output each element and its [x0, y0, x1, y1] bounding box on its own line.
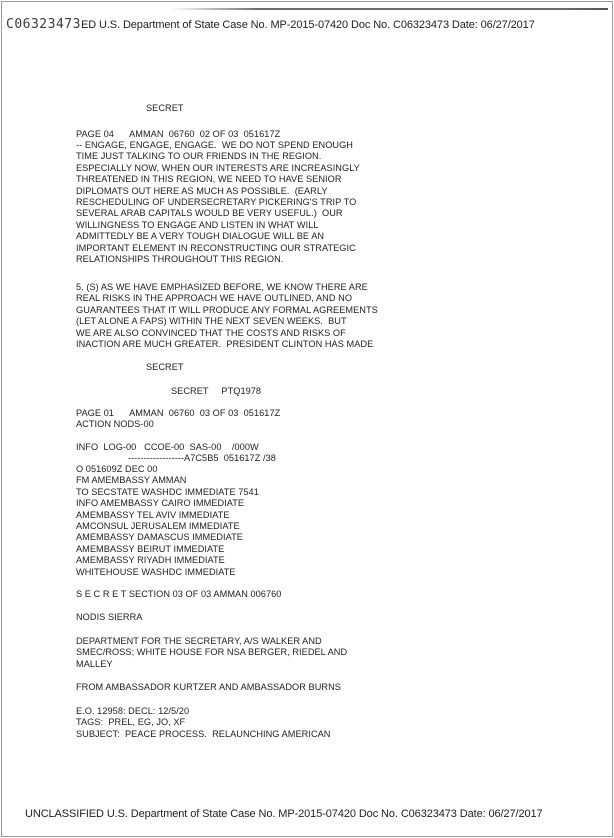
text-line: RESCHEDULING OF UNDERSECRETARY PICKERING… [76, 197, 360, 208]
info-line: INFO LOG-00 CCOE-00 SAS-00 /000W [76, 442, 259, 453]
text-line: RELATIONSHIPS THROUGHOUT THIS REGION. [76, 254, 360, 265]
text-line: TAGS: PREL, EG, JO, XF [76, 717, 331, 728]
text-line: MALLEY [76, 659, 347, 670]
text-line: (LET ALONE A FAPS) WITHIN THE NEXT SEVEN… [76, 316, 378, 327]
text-line: WILLINGNESS TO ENGAGE AND LISTEN IN WHAT… [76, 220, 360, 231]
page-line: PAGE 04 AMMAN 06760 02 OF 03 051617Z [76, 129, 280, 140]
page-header: C06323473ED U.S. Department of State Cas… [6, 17, 535, 32]
text-line: DIPLOMATS OUT HERE AS MUCH AS POSSIBLE. … [76, 186, 360, 197]
text-line: THREATENED IN THIS REGION, WE NEED TO HA… [76, 174, 360, 185]
nodis-line: NODIS SIERRA [76, 612, 142, 623]
dash-line: ------------------A7C5B5 051617Z /38 [76, 453, 276, 464]
text-line: WHITEHOUSE WASHDC IMMEDIATE [76, 567, 259, 578]
text-line: TIME JUST TALKING TO OUR FRIENDS IN THE … [76, 151, 360, 162]
text-line: WE ARE ALSO CONVINCED THAT THE COSTS AND… [76, 328, 378, 339]
text-line: ADMITTEDLY BE A VERY TOUGH DIALOGUE WILL… [76, 231, 360, 242]
text-line: INFO AMEMBASSY CAIRO IMMEDIATE [76, 498, 259, 509]
text-line: ESPECIALLY NOW, WHEN OUR INTERESTS ARE I… [76, 163, 360, 174]
text-line: AMEMBASSY BEIRUT IMMEDIATE [76, 544, 259, 555]
classification-header-line: SECRET PTQ1978 [76, 386, 261, 397]
text-line: GUARANTEES THAT IT WILL PRODUCE ANY FORM… [76, 305, 378, 316]
text-line: AMCONSUL JERUSALEM IMMEDIATE [76, 521, 259, 532]
text-line: INACTION ARE MUCH GREATER. PRESIDENT CLI… [76, 339, 378, 350]
action-line: ACTION NODS-00 [76, 419, 154, 430]
text-line: E.O. 12958: DECL: 12/5/20 [76, 706, 331, 717]
text-line: TO SECSTATE WASHDC IMMEDIATE 7541 [76, 487, 259, 498]
paragraph-5: 5. (S) AS WE HAVE EMPHASIZED BEFORE, WE … [76, 282, 378, 350]
text-line: SUBJECT: PEACE PROCESS. RELAUNCHING AMER… [76, 729, 331, 740]
page-footer: UNCLASSIFIED U.S. Department of State Ca… [25, 808, 543, 820]
text-line: -- ENGAGE, ENGAGE, ENGAGE. WE DO NOT SPE… [76, 140, 360, 151]
text-line: DEPARTMENT FOR THE SECRETARY, A/S WALKER… [76, 636, 347, 647]
text-line: AMEMBASSY DAMASCUS IMMEDIATE [76, 532, 259, 543]
header-text: ED U.S. Department of State Case No. MP-… [81, 19, 535, 31]
classification-marking: SECRET [76, 103, 184, 114]
eo-tags-subject-block: E.O. 12958: DECL: 12/5/20TAGS: PREL, EG,… [76, 706, 331, 740]
doc-id-stamp: C06323473 [6, 17, 81, 32]
classification-marking-bottom: SECRET [76, 362, 184, 373]
text-line: AMEMBASSY RIYADH IMMEDIATE [76, 555, 259, 566]
scan-artifact-line [170, 8, 608, 10]
text-line: AMEMBASSY TEL AVIV IMMEDIATE [76, 510, 259, 521]
text-line: IMPORTANT ELEMENT IN RECONSTRUCTING OUR … [76, 243, 360, 254]
text-line: SEVERAL ARAB CAPITALS WOULD BE VERY USEF… [76, 208, 360, 219]
paragraph-engage: -- ENGAGE, ENGAGE, ENGAGE. WE DO NOT SPE… [76, 140, 360, 265]
text-line: O 051609Z DEC 00 [76, 464, 259, 475]
text-line: REAL RISKS IN THE APPROACH WE HAVE OUTLI… [76, 293, 378, 304]
page-line-next: PAGE 01 AMMAN 06760 03 OF 03 051617Z [76, 408, 280, 419]
section-line: S E C R E T SECTION 03 OF 03 AMMAN 00676… [76, 589, 281, 600]
text-line: FM AMEMBASSY AMMAN [76, 475, 259, 486]
text-line: 5. (S) AS WE HAVE EMPHASIZED BEFORE, WE … [76, 282, 378, 293]
text-line: SMEC/ROSS; WHITE HOUSE FOR NSA BERGER, R… [76, 647, 347, 658]
routing-block: O 051609Z DEC 00FM AMEMBASSY AMMANTO SEC… [76, 464, 259, 578]
from-line: FROM AMBASSADOR KURTZER AND AMBASSADOR B… [76, 682, 341, 693]
department-paragraph: DEPARTMENT FOR THE SECRETARY, A/S WALKER… [76, 636, 347, 670]
